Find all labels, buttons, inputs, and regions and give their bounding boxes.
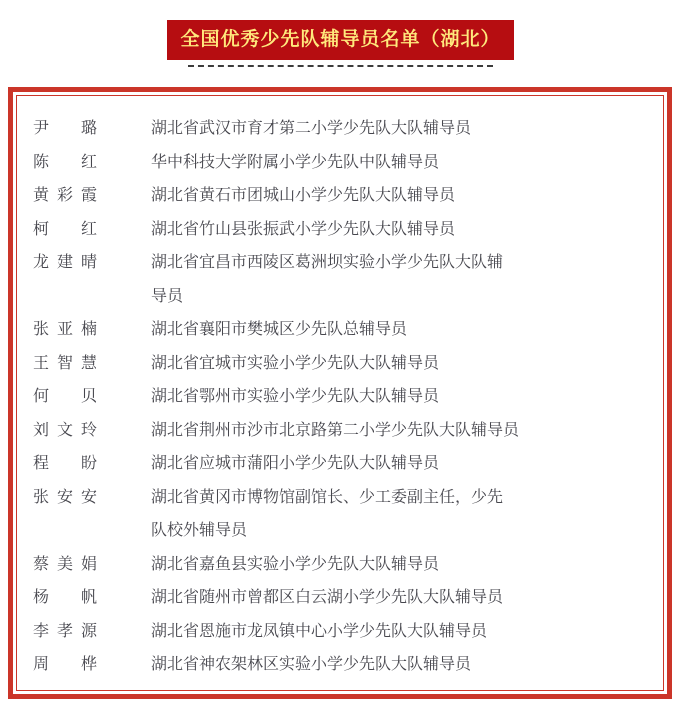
roster-box: 尹璐 湖北省武汉市育才第二小学少先队大队辅导员 陈红 华中科技大学附属小学少先队… [8,87,672,699]
entry-name: 程盼 [33,446,97,480]
table-row: 黄彩霞 湖北省黄石市团城山小学少先队大队辅导员 [33,178,647,212]
entry-desc: 湖北省黄石市团城山小学少先队大队辅导员 [151,178,455,212]
entry-name: 蔡美娟 [33,547,97,581]
table-row: 张亚楠 湖北省襄阳市樊城区少先队总辅导员 [33,312,647,346]
entry-desc: 湖北省宜昌市西陵区葛洲坝实验小学少先队大队辅 导员 [151,245,503,312]
entry-name: 黄彩霞 [33,178,97,212]
table-row: 刘文玲 湖北省荆州市沙市北京路第二小学少先队大队辅导员 [33,413,647,447]
entry-name: 尹璐 [33,111,97,145]
entry-desc: 湖北省应城市蒲阳小学少先队大队辅导员 [151,446,439,480]
table-row: 尹璐 湖北省武汉市育才第二小学少先队大队辅导员 [33,111,647,145]
table-row: 柯红 湖北省竹山县张振武小学少先队大队辅导员 [33,212,647,246]
entry-desc: 湖北省恩施市龙凤镇中心小学少先队大队辅导员 [151,614,487,648]
entry-desc: 湖北省竹山县张振武小学少先队大队辅导员 [151,212,455,246]
entry-name: 张安安 [33,480,97,514]
page-title: 全国优秀少先队辅导员名单（湖北） [167,20,513,60]
table-row: 蔡美娟 湖北省嘉鱼县实验小学少先队大队辅导员 [33,547,647,581]
entry-name: 何贝 [33,379,97,413]
title-banner-wrap: 全国优秀少先队辅导员名单（湖北） [0,0,681,67]
document-page: 全国优秀少先队辅导员名单（湖北） 尹璐 湖北省武汉市育才第二小学少先队大队辅导员… [0,0,681,726]
entry-desc: 湖北省神农架林区实验小学少先队大队辅导员 [151,647,471,681]
entry-desc: 湖北省随州市曾都区白云湖小学少先队大队辅导员 [151,580,503,614]
entry-desc: 湖北省嘉鱼县实验小学少先队大队辅导员 [151,547,439,581]
title-divider [188,65,493,67]
entry-desc: 湖北省襄阳市樊城区少先队总辅导员 [151,312,407,346]
entry-desc: 华中科技大学附属小学少先队中队辅导员 [151,145,439,179]
entry-desc: 湖北省黄冈市博物馆副馆长、少工委副主任，少先 队校外辅导员 [151,480,503,547]
entry-desc: 湖北省荆州市沙市北京路第二小学少先队大队辅导员 [151,413,519,447]
entry-name: 刘文玲 [33,413,97,447]
entry-name: 陈红 [33,145,97,179]
table-row: 李孝源 湖北省恩施市龙凤镇中心小学少先队大队辅导员 [33,614,647,648]
table-row: 陈红 华中科技大学附属小学少先队中队辅导员 [33,145,647,179]
entry-name: 柯红 [33,212,97,246]
entry-desc: 湖北省鄂州市实验小学少先队大队辅导员 [151,379,439,413]
entry-name: 杨帆 [33,580,97,614]
table-row: 杨帆 湖北省随州市曾都区白云湖小学少先队大队辅导员 [33,580,647,614]
table-row: 周桦 湖北省神农架林区实验小学少先队大队辅导员 [33,647,647,681]
table-row: 龙建晴 湖北省宜昌市西陵区葛洲坝实验小学少先队大队辅 导员 [33,245,647,312]
entry-desc: 湖北省武汉市育才第二小学少先队大队辅导员 [151,111,471,145]
table-row: 程盼 湖北省应城市蒲阳小学少先队大队辅导员 [33,446,647,480]
entry-name: 李孝源 [33,614,97,648]
table-row: 王智慧 湖北省宜城市实验小学少先队大队辅导员 [33,346,647,380]
entry-name: 王智慧 [33,346,97,380]
roster-list: 尹璐 湖北省武汉市育才第二小学少先队大队辅导员 陈红 华中科技大学附属小学少先队… [16,95,664,691]
table-row: 张安安 湖北省黄冈市博物馆副馆长、少工委副主任，少先 队校外辅导员 [33,480,647,547]
entry-name: 张亚楠 [33,312,97,346]
table-row: 何贝 湖北省鄂州市实验小学少先队大队辅导员 [33,379,647,413]
entry-desc: 湖北省宜城市实验小学少先队大队辅导员 [151,346,439,380]
entry-name: 龙建晴 [33,245,97,279]
entry-name: 周桦 [33,647,97,681]
